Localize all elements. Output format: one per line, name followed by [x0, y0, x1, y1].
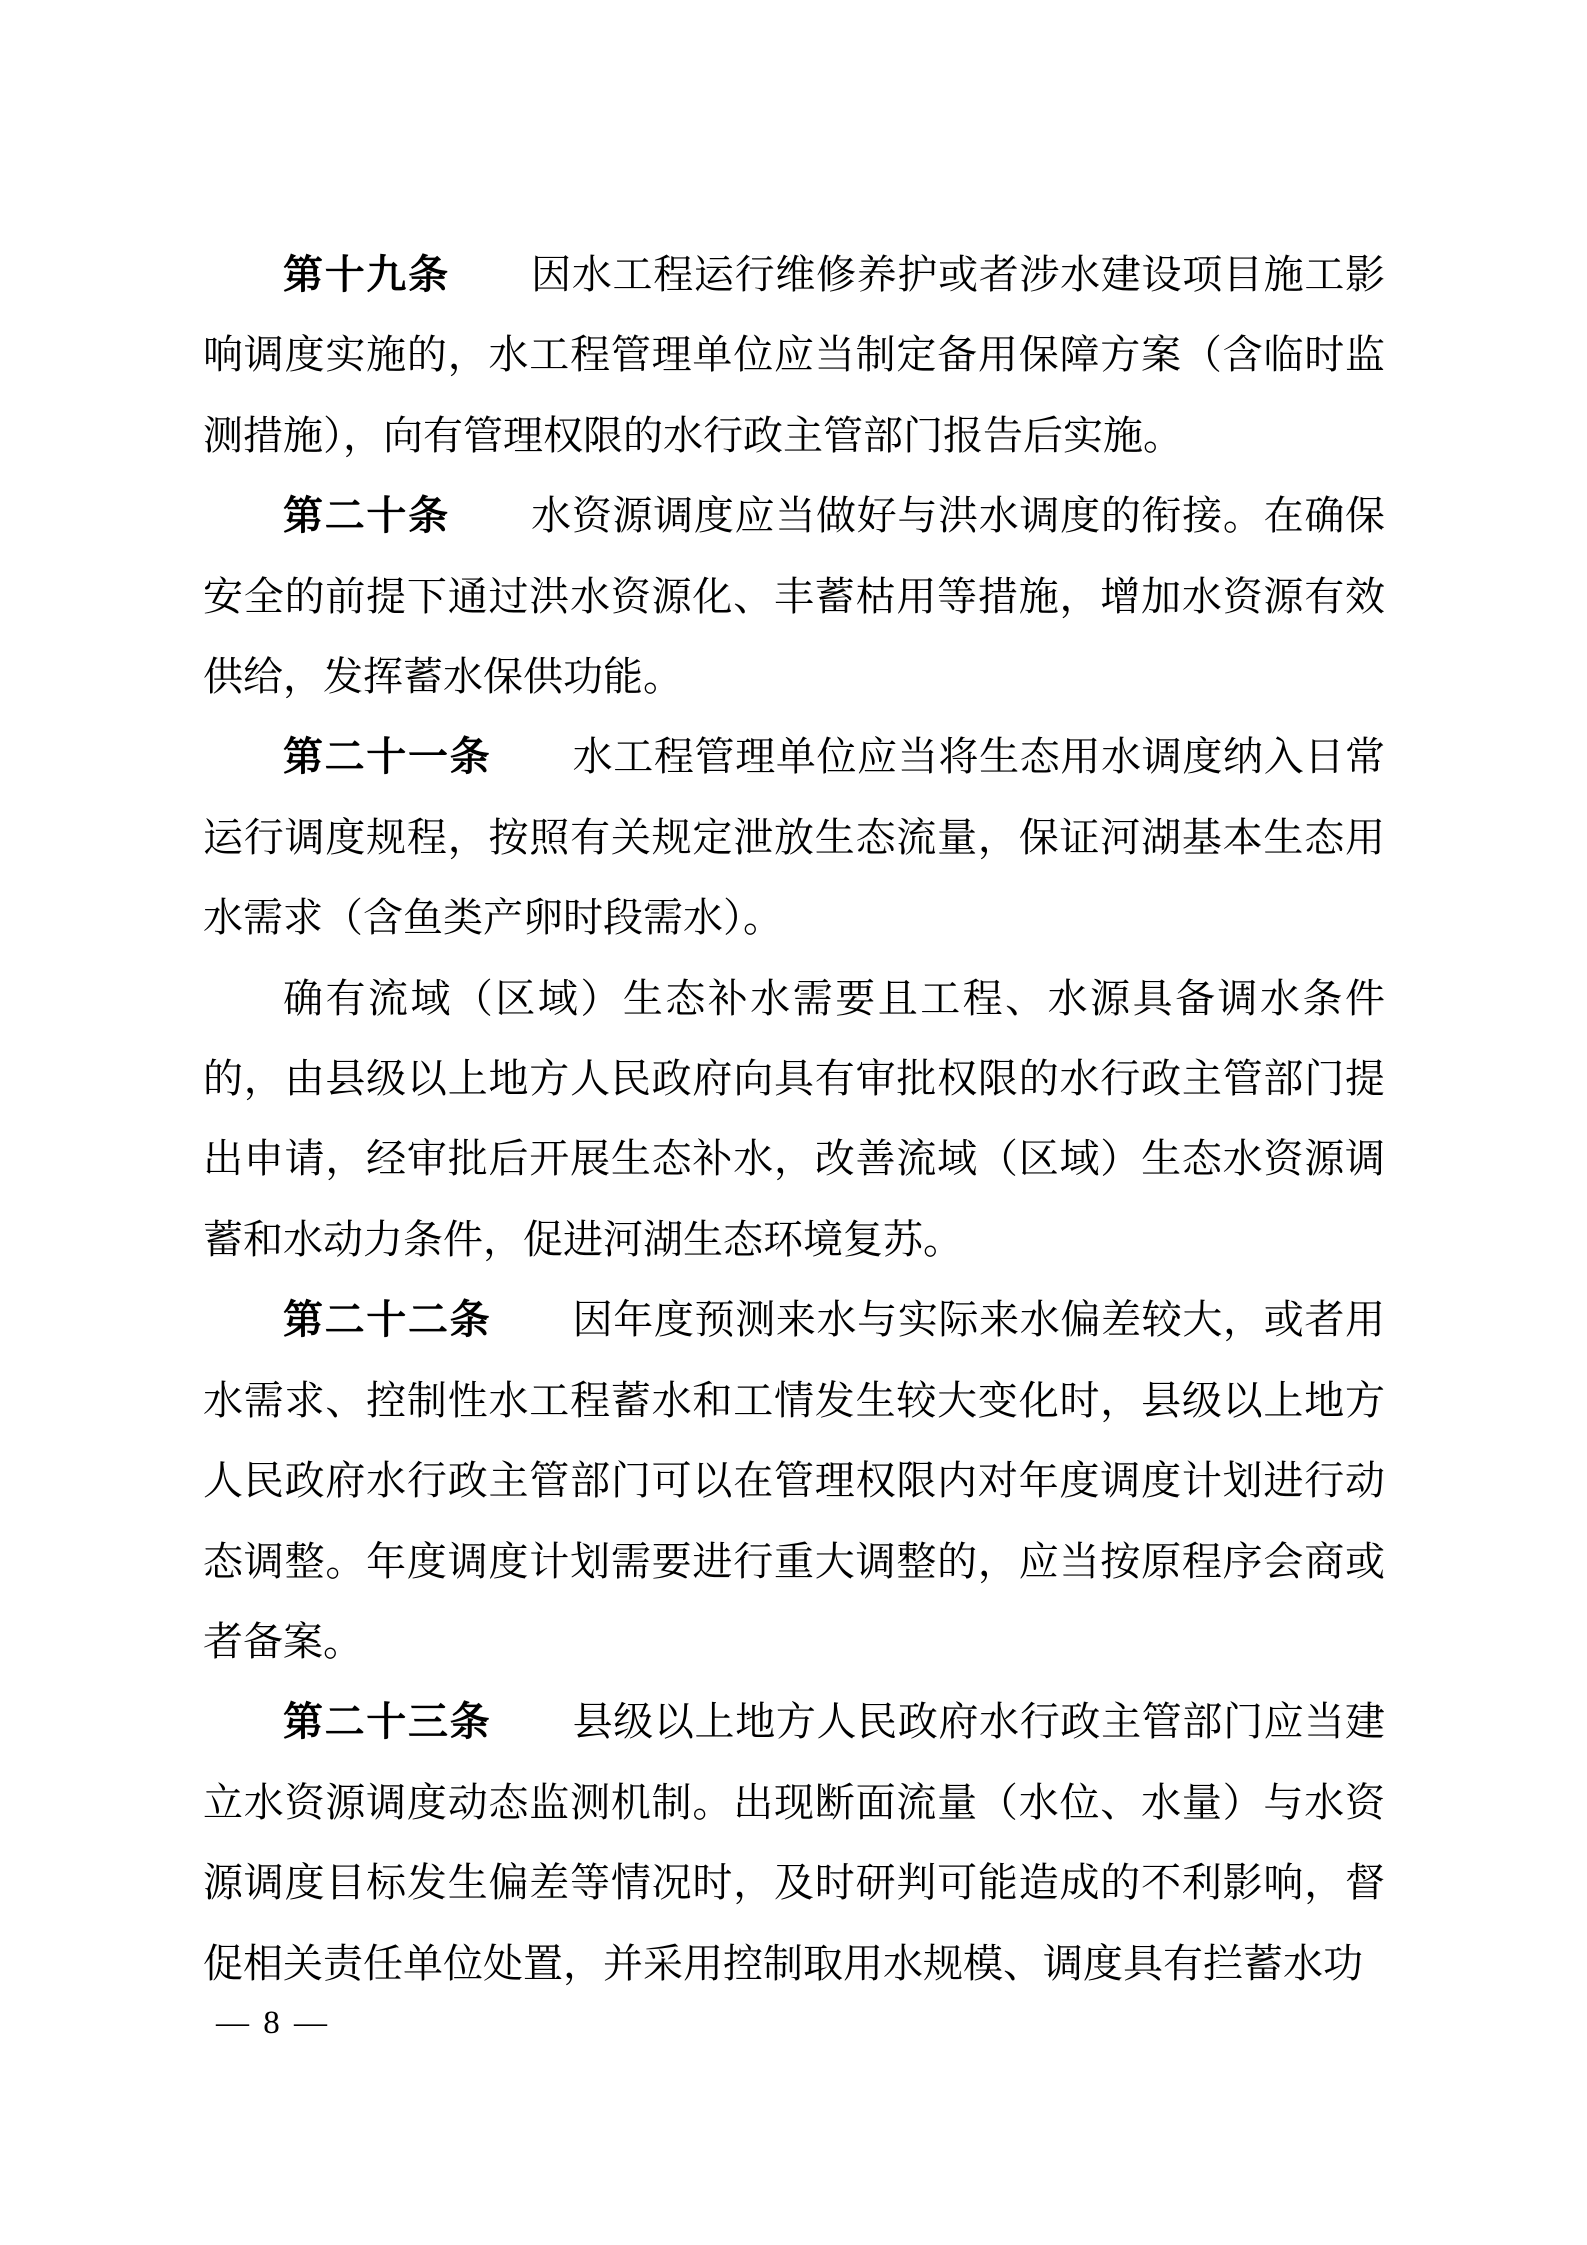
document-page: 第十九条 因水工程运行维修养护或者涉水建设项目施工影响调度实施的，水工程管理单位… — [0, 0, 1587, 2245]
article-21-continuation-text: 确有流域（区域）生态补水需要且工程、水源具备调水条件的，由县级以上地方人民政府向… — [203, 976, 1385, 1262]
paragraph-article-23: 第二十三条 县级以上地方人民政府水行政主管部门应当建立水资源调度动态监测机制。出… — [203, 1682, 1385, 2004]
paragraph-article-19: 第十九条 因水工程运行维修养护或者涉水建设项目施工影响调度实施的，水工程管理单位… — [203, 235, 1385, 476]
article-21-number: 第二十一条 — [283, 735, 491, 779]
text-block: 第十九条 因水工程运行维修养护或者涉水建设项目施工影响调度实施的，水工程管理单位… — [203, 235, 1385, 2004]
article-22-number: 第二十二条 — [283, 1298, 491, 1342]
article-23-number: 第二十三条 — [283, 1700, 491, 1744]
paragraph-article-20: 第二十条 水资源调度应当做好与洪水调度的衔接。在确保安全的前提下通过洪水资源化、… — [203, 476, 1385, 717]
paragraph-article-22: 第二十二条 因年度预测来水与实际来水偏差较大，或者用水需求、控制性水工程蓄水和工… — [203, 1280, 1385, 1682]
article-19-number: 第十九条 — [283, 253, 450, 297]
paragraph-article-21-continuation: 确有流域（区域）生态补水需要且工程、水源具备调水条件的，由县级以上地方人民政府向… — [203, 959, 1385, 1281]
paragraph-article-21: 第二十一条 水工程管理单位应当将生态用水调度纳入日常运行调度规程，按照有关规定泄… — [203, 717, 1385, 958]
article-22-text: 因年度预测来水与实际来水偏差较大，或者用水需求、控制性水工程蓄水和工情发生较大变… — [203, 1297, 1385, 1664]
article-20-number: 第二十条 — [283, 494, 450, 538]
page-number: — 8 — — [216, 2001, 330, 2045]
